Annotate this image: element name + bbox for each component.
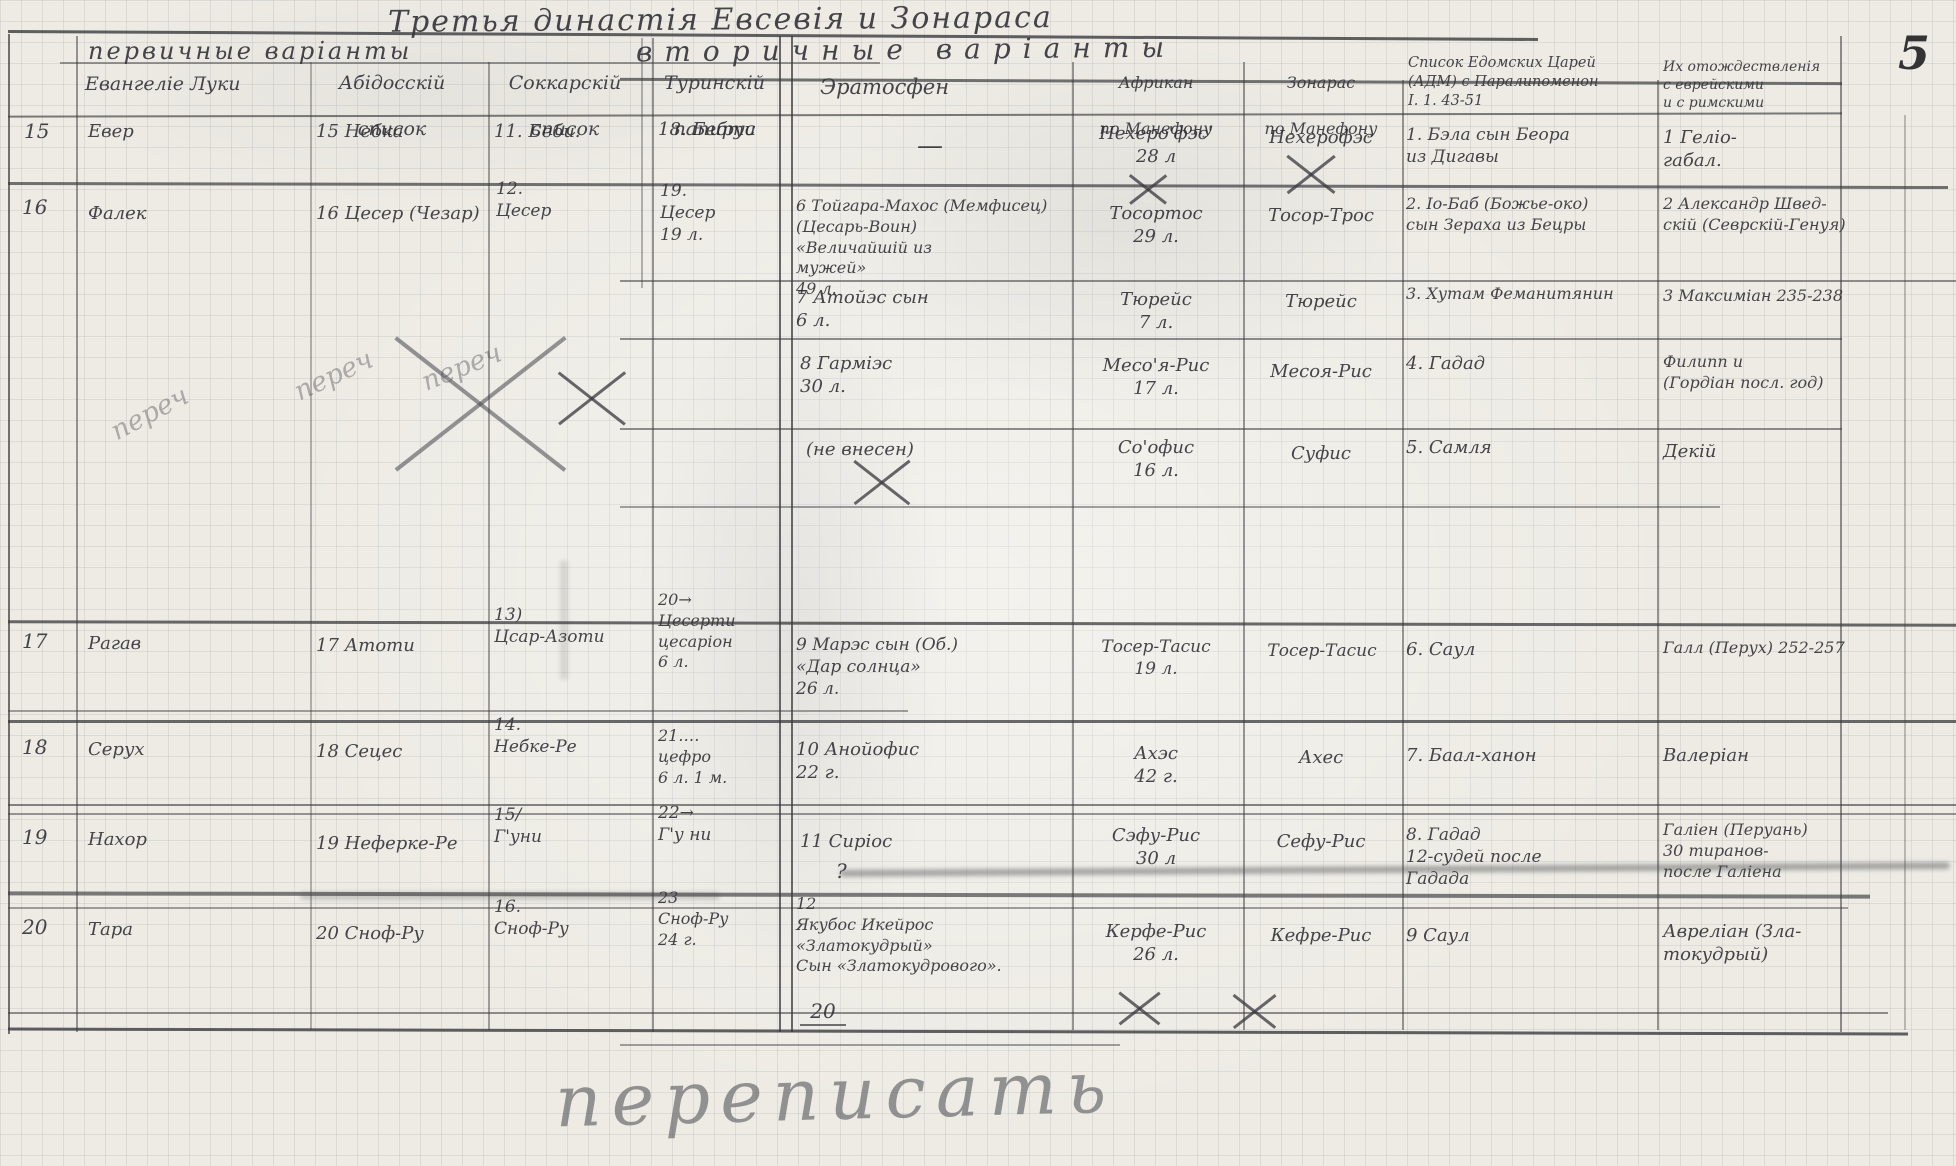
- cell-adm: 5. Самля: [1406, 436, 1661, 459]
- pencil-note-perech: переч: [289, 344, 378, 407]
- cell-identification: Галл (Перух) 252-257: [1663, 638, 1956, 659]
- cell-luke: Тара: [88, 918, 133, 941]
- cell-identification: Авреліан (Зла- токудрый): [1663, 920, 1923, 967]
- table-line: [488, 62, 490, 1030]
- cell-eratosthenes: 11 Сиріос: [800, 830, 1070, 853]
- row-number: 16: [22, 194, 47, 220]
- cell-identification: Декій: [1663, 440, 1923, 463]
- cell-turin: 20→ Цесерти цесаріон 6 л.: [658, 590, 736, 673]
- table-line: [1402, 80, 1404, 1030]
- cell-zonaras: Сефу-Рис: [1246, 830, 1396, 853]
- cell-zonaras: Месоя-Рис: [1246, 360, 1396, 383]
- table-line: [1904, 115, 1906, 1030]
- table-line: [8, 34, 10, 1034]
- row-number: 15: [24, 118, 49, 144]
- cell-eratosthenes: 8 Гармiэс 30 л.: [800, 352, 1060, 399]
- cell-abydos: 18 Сецес: [316, 740, 402, 763]
- cell-identification: 2 Александр Швед- скій (Севрскій-Генуя): [1663, 194, 1923, 236]
- cell-eratosthenes: 10 Анойофис 22 г.: [796, 738, 1066, 785]
- cell-turin: 22→ Г'у ни: [658, 802, 711, 846]
- cell-africanus: Нехеро'фэс' 28 л: [1076, 122, 1236, 169]
- table-line: [620, 338, 1842, 340]
- cell-luke: Нахор: [88, 828, 147, 851]
- cell-africanus: Ахэс 42 г.: [1076, 742, 1236, 789]
- table-line: [8, 907, 1848, 909]
- cell-luke: Фалек: [88, 202, 147, 225]
- cell-africanus: Со'офис 16 л.: [1076, 436, 1236, 483]
- table-line: [8, 112, 1842, 117]
- cell-adm: 9 Саул: [1406, 924, 1661, 947]
- cell-turin: 21.… цефро 6 л. 1 м.: [658, 726, 727, 788]
- cell-identification: Галіен (Перуань) 30 тиранов- после Галіе…: [1663, 820, 1943, 882]
- table-line: [8, 620, 1956, 626]
- cell-zonaras: Тосер-Тасис: [1242, 640, 1402, 662]
- cell-africanus: Тюрейс 7 л.: [1076, 288, 1236, 335]
- cell-sakkara: 13) Цсар-Азоти: [494, 604, 605, 648]
- table-line: [620, 428, 1842, 430]
- row-number: 17: [22, 628, 47, 654]
- table-line: [8, 813, 1956, 815]
- cell-zonaras: Тюрейс: [1246, 290, 1396, 313]
- cell-eratosthenes: 6 Тойгара-Махос (Мемфисец) (Цесарь-Воин)…: [796, 196, 1076, 300]
- cell-zonaras: Суфис: [1246, 442, 1396, 465]
- cell-identification: Филипп и (Гордіан посл. год): [1663, 352, 1923, 394]
- table-line: [8, 710, 908, 712]
- cell-africanus: Месо'я-Рис 17 л.: [1076, 354, 1236, 401]
- page-number: 5: [1898, 24, 1930, 84]
- cell-adm: 2. Іо-Баб (Божье-око) сын Зераха из Бецр…: [1406, 194, 1661, 236]
- pencil-smudge: [560, 560, 568, 680]
- check-x-mark: [1118, 984, 1162, 1030]
- cell-adm: 1. Бэла сын Беора из Дигавы: [1406, 124, 1656, 168]
- cell-sakkara: 15/ Г'уни: [494, 804, 542, 848]
- table-line: [76, 36, 78, 1032]
- table-line: [652, 38, 654, 1032]
- table-line: [620, 280, 1956, 282]
- table-line: [60, 62, 880, 64]
- pencil-smudge: [300, 892, 720, 900]
- cell-adm: 3. Хутам Феманитянин: [1406, 284, 1661, 305]
- table-line: [1657, 80, 1659, 1030]
- cell-eratosthenes: —: [800, 130, 1060, 164]
- pencil-note-perech: переч: [106, 380, 194, 447]
- cell-eratosthenes: 7 Атойэс сын 6 л.: [796, 286, 1056, 333]
- table-line: [1840, 36, 1842, 1032]
- cell-zonaras: Кефре-Рис: [1246, 924, 1396, 947]
- cell-abydos: 17 Атоти: [316, 634, 415, 657]
- table-line: [8, 1012, 1888, 1014]
- table-line: [8, 1028, 1908, 1036]
- check-x-mark: [1128, 166, 1168, 210]
- cell-abydos: 16 Цесер (Чезар): [316, 202, 480, 225]
- cell-adm: 7. Баал-ханон: [1406, 744, 1661, 767]
- row-number: 20: [22, 914, 47, 940]
- table-line: [791, 36, 793, 1032]
- cell-zonaras: Ахес: [1246, 746, 1396, 769]
- cell-sakkara: 16. Сноф-Ру: [494, 896, 569, 940]
- cell-zonaras: Тосор-Трос: [1246, 204, 1396, 227]
- table-line: [310, 62, 312, 1030]
- table-line: [620, 1044, 1120, 1046]
- cell-abydos: 19 Неферке-Ре: [316, 832, 458, 855]
- cell-adm: 4. Гадад: [1406, 352, 1661, 375]
- cross-out-mark: [556, 366, 628, 428]
- cell-identification: 1 Геліо- габал.: [1663, 126, 1913, 173]
- table-line: [620, 506, 1720, 508]
- cell-turin: 18. Бебти: [658, 118, 756, 141]
- pencil-note-rewrite: переписать: [554, 1041, 1117, 1149]
- cell-adm: 8. Гадад 12-судей после Гадада: [1406, 824, 1661, 890]
- cell-turin: 19. Цесер 19 л.: [660, 180, 715, 246]
- table-line: [641, 38, 643, 288]
- row-number: 19: [22, 824, 47, 850]
- column-header-luke: Евангеліе Луки: [85, 72, 300, 97]
- cross-out-mark: [388, 322, 573, 482]
- cell-luke: Рагав: [88, 632, 141, 655]
- cell-eratosthenes: (не внесен): [806, 438, 1066, 461]
- cell-africanus: Сэфу-Рис 30 л: [1076, 824, 1236, 871]
- cell-identification: Валеріан: [1663, 744, 1923, 767]
- cell-luke: Серух: [88, 738, 145, 761]
- table-line: [779, 36, 781, 1032]
- cell-abydos: 15 Небка: [316, 120, 403, 143]
- table-line: [1243, 62, 1245, 1030]
- cell-eratosthenes: 9 Марэс сын (Об.) «Дар солнца» 26 л.: [796, 634, 1066, 700]
- cell-abydos: 20 Сноф-Ру: [316, 922, 424, 945]
- cell-adm: 6. Саул: [1406, 638, 1661, 661]
- check-x-mark: [852, 456, 912, 506]
- check-x-mark: [1285, 146, 1337, 200]
- row-number: 18: [22, 734, 47, 760]
- scanned-manuscript-page: Третья династія Евсевія и Зонараса 5 пер…: [0, 0, 1956, 1166]
- table-line: [8, 720, 1956, 723]
- cell-sakkara: 11. Беби.: [494, 120, 581, 143]
- cell-luke: Евер: [88, 120, 134, 143]
- cell-africanus: Тосер-Тасис 19 л.: [1076, 636, 1236, 680]
- cell-identification: 3 Максиміан 235-238: [1663, 286, 1956, 307]
- check-x-mark: [1232, 988, 1278, 1032]
- table-line: [1072, 62, 1074, 1030]
- cell-africanus: Керфе-Рис 26 л.: [1076, 920, 1236, 967]
- table-line: [8, 804, 1956, 806]
